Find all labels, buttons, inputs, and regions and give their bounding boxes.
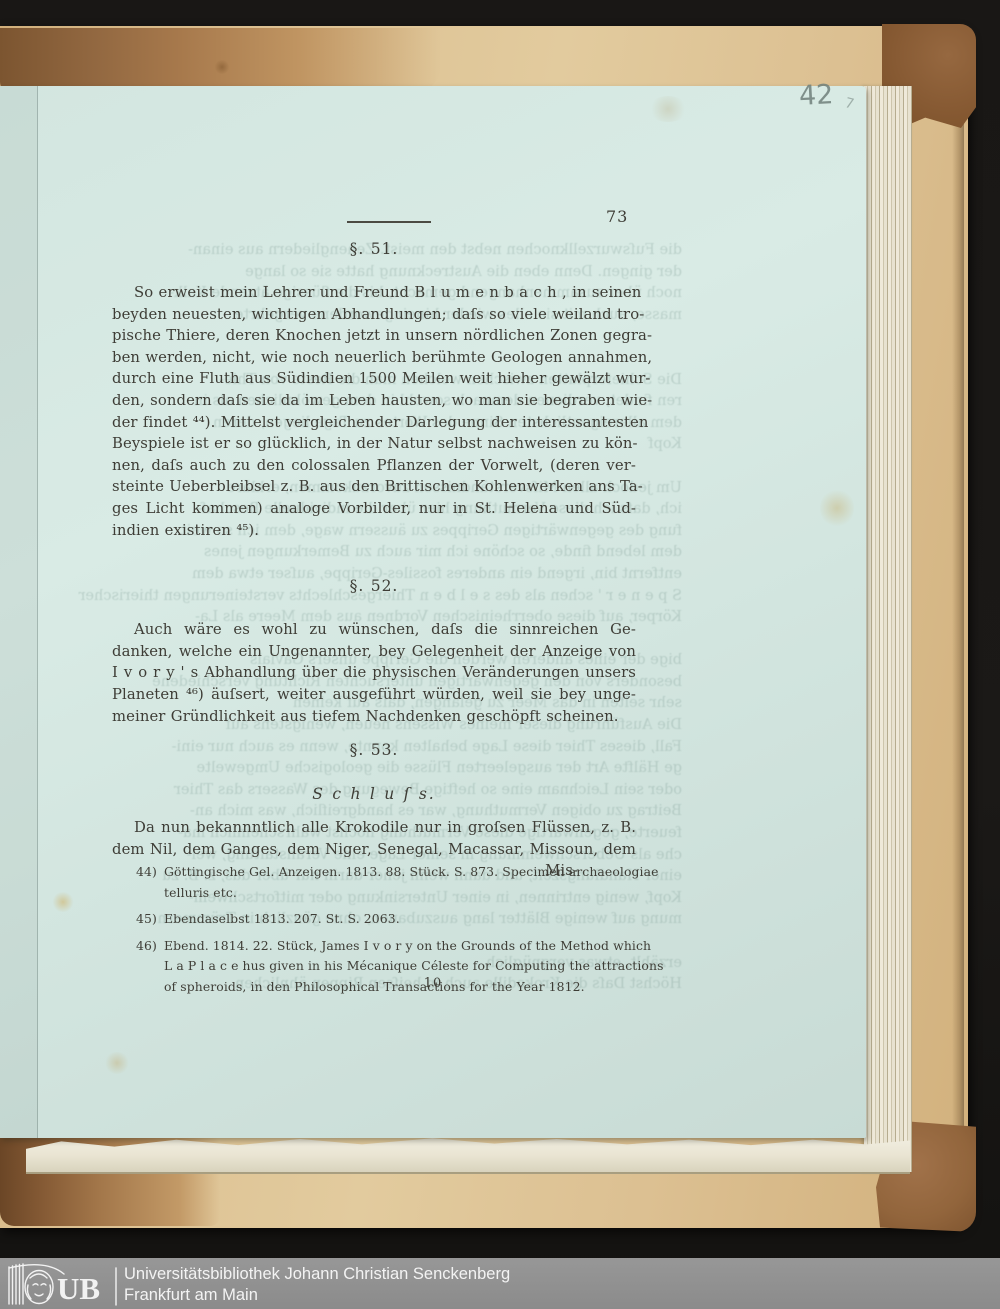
text-sections: §. 51.So erweist mein Lehrer und Freund … bbox=[112, 238, 636, 882]
scan-stage: die Fuſswurzellknochen nebst den meist. … bbox=[0, 0, 1000, 1309]
section: §. 51.So erweist mein Lehrer und Freund … bbox=[112, 238, 636, 541]
section: §. 53.S c h l u ſ s.Da nun bekannntlich … bbox=[112, 739, 636, 882]
footnote: 44)Göttingische Gel. Anzeigen. 1813. 88.… bbox=[112, 862, 636, 903]
footnote: 45)Ebendaselbst 1813. 207. St. S. 2063. bbox=[112, 909, 636, 930]
page-number: 73 bbox=[606, 207, 628, 226]
section: §. 52.Auch wäre es wohl zu wünschen, daſ… bbox=[112, 575, 636, 727]
signature-mark: 10 bbox=[0, 976, 866, 991]
printed-text-layer: 73 §. 51.So erweist mein Lehrer und Freu… bbox=[0, 0, 1000, 1309]
header-rule bbox=[347, 221, 431, 223]
